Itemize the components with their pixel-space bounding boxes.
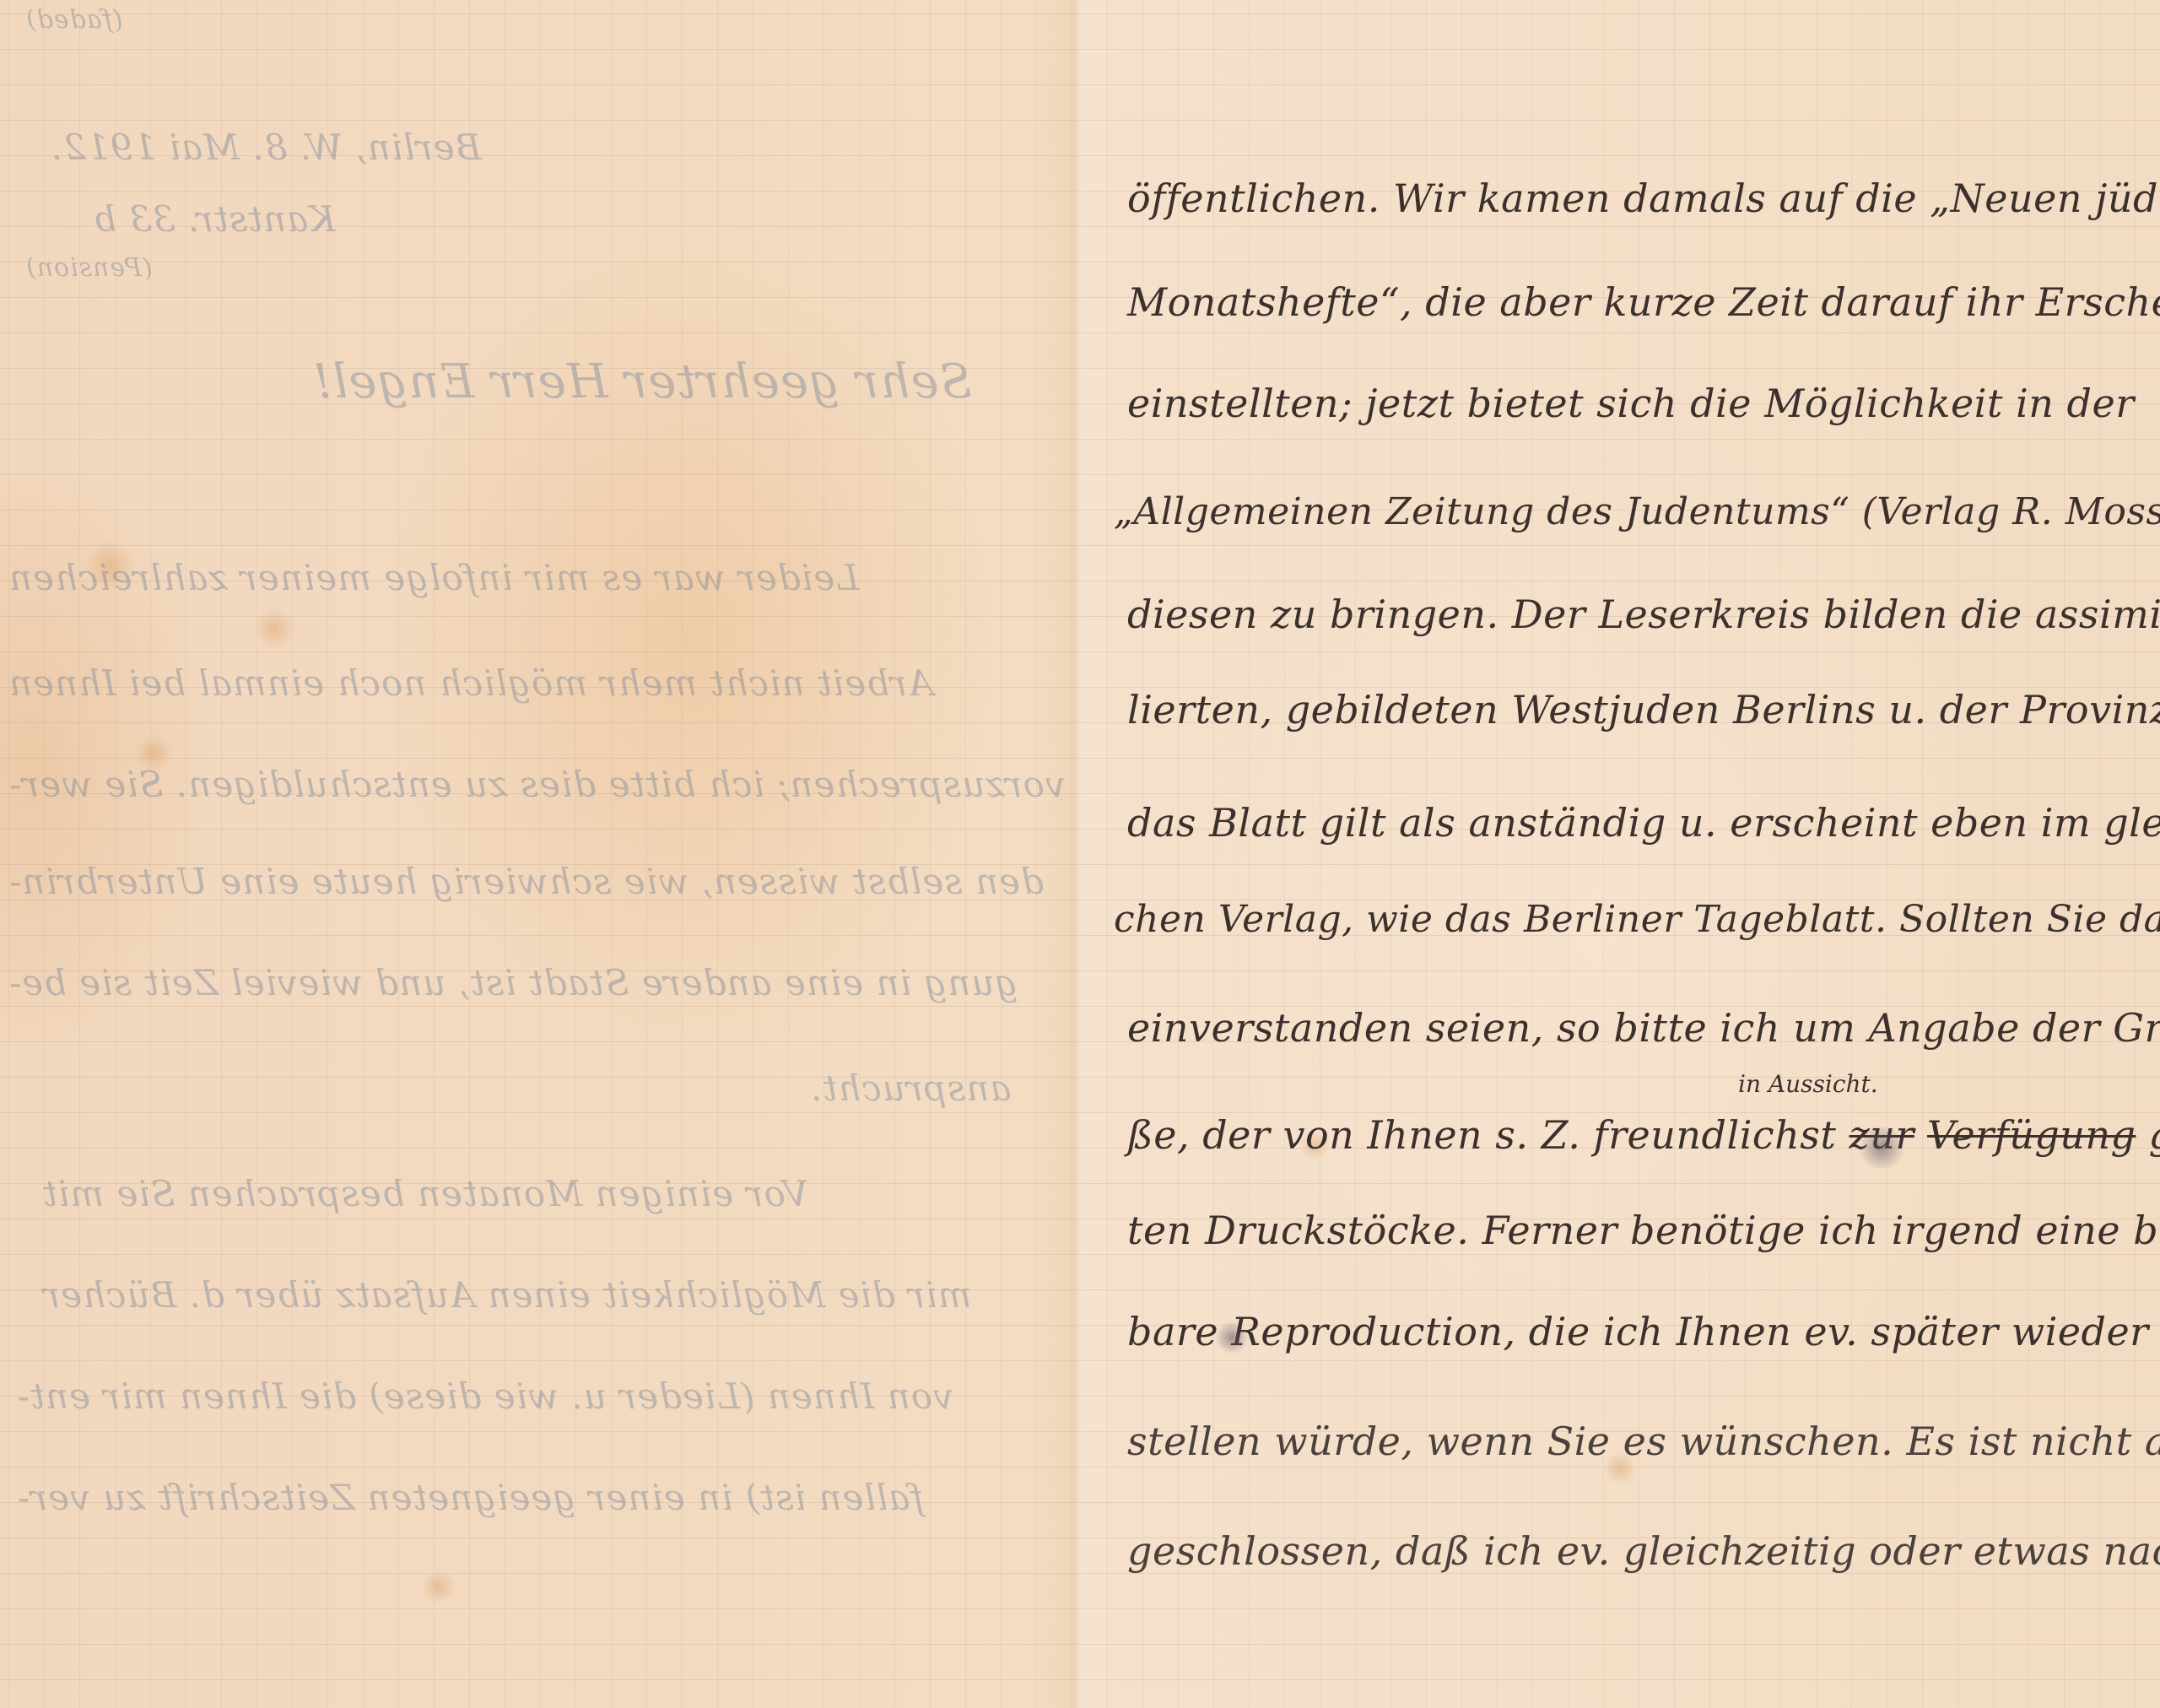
- bleed-line: gung in eine andere Stadt ist, und wievi…: [8, 962, 1018, 1003]
- correction-insertion: in Aussicht.: [1738, 1070, 1878, 1098]
- letter-spread: (faded) Berlin, W. 8. Mai 1912. Kantstr.…: [0, 0, 2160, 1708]
- bleed-line: den selbst wissen, wie schwierig heute e…: [8, 861, 1044, 902]
- bleed-line: vorzusprechen; ich bitte dies zu entschu…: [8, 764, 1066, 805]
- line-text: ße, der von Ihnen s. Z. freundlichst: [1127, 1112, 1836, 1158]
- ink-blot: [1856, 1127, 1907, 1169]
- ink-blot: [1215, 1321, 1249, 1354]
- letter-line: stellen würde, wenn Sie es wünschen. Es …: [1127, 1422, 2143, 1461]
- line-tail: gestell-: [2149, 1112, 2160, 1158]
- left-page: (faded) Berlin, W. 8. Mai 1912. Kantstr.…: [0, 0, 1077, 1708]
- letter-line: ten Druckstöcke. Ferner benötige ich irg…: [1127, 1211, 2143, 1250]
- bleed-line: fallen ist) in einer geeigneten Zeitschr…: [17, 1477, 924, 1518]
- letter-line: das Blatt gilt als anständig u. erschein…: [1127, 803, 2143, 842]
- letter-line: Monatshefte“, die aber kurze Zeit darauf…: [1127, 283, 2143, 322]
- letter-line: chen Verlag, wie das Berliner Tageblatt.…: [1114, 901, 2143, 938]
- letter-line: lierten, gebildeten Westjuden Berlins u.…: [1127, 690, 2143, 729]
- salutation: Sehr geehrter Herr Engel!: [312, 354, 972, 409]
- bleed-line: Leider war es mir infolge meiner zahlrei…: [8, 557, 859, 598]
- header-mark: (faded): [25, 5, 123, 35]
- bleed-line: ansprucht.: [810, 1067, 1011, 1109]
- dateline: Berlin, W. 8. Mai 1912.: [51, 127, 481, 168]
- bleed-line: von Ihnen (Lieder u. wie diese) die Ihne…: [17, 1376, 953, 1417]
- letter-line: diesen zu bringen. Der Leserkreis bilden…: [1127, 595, 2143, 634]
- letter-line: öffentlichen. Wir kamen damals auf die „…: [1127, 179, 2143, 218]
- right-page: öffentlichen. Wir kamen damals auf die „…: [1080, 0, 2160, 1708]
- letter-line-with-correction: ße, der von Ihnen s. Z. freundlichst zur…: [1127, 1116, 2143, 1154]
- letter-line: einstellten; jetzt bietet sich die Mögli…: [1127, 384, 2143, 423]
- struck-word: Verfügung: [1927, 1112, 2136, 1158]
- bleed-line: Vor einigen Monaten besprachen Sie mit: [42, 1173, 808, 1214]
- address-note: (Pension): [25, 253, 153, 283]
- letter-line: bare Reproduction, die ich Ihnen ev. spä…: [1127, 1312, 2143, 1351]
- letter-line: geschlossen, daß ich ev. gleichzeitig od…: [1127, 1532, 2143, 1570]
- bleed-line: Arbeit nicht mehr möglich noch einmal be…: [8, 662, 933, 704]
- letter-line: einverstanden seien, so bitte ich um Ang…: [1127, 1008, 2143, 1047]
- page-fold: [1077, 0, 1079, 1708]
- bleed-line: mir die Möglichkeit einen Aufsatz über d…: [42, 1274, 972, 1316]
- address: Kantstr. 33 b: [93, 198, 336, 240]
- letter-line: „Allgemeinen Zeitung des Judentums“ (Ver…: [1114, 494, 2143, 531]
